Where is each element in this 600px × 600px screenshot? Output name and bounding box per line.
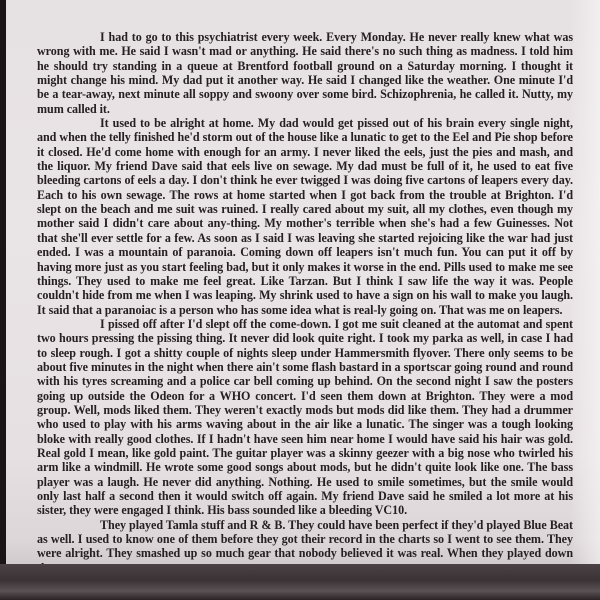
paragraph-3: I pissed off after I'd slept off the com… [37, 317, 573, 518]
paragraph-2: It used to be alright at home. My dad wo… [37, 116, 573, 317]
paragraph-1: I had to go to this psychiatrist every w… [37, 30, 573, 116]
document-body: I had to go to this psychiatrist every w… [37, 30, 573, 575]
page-bottom-shadow [0, 564, 600, 600]
